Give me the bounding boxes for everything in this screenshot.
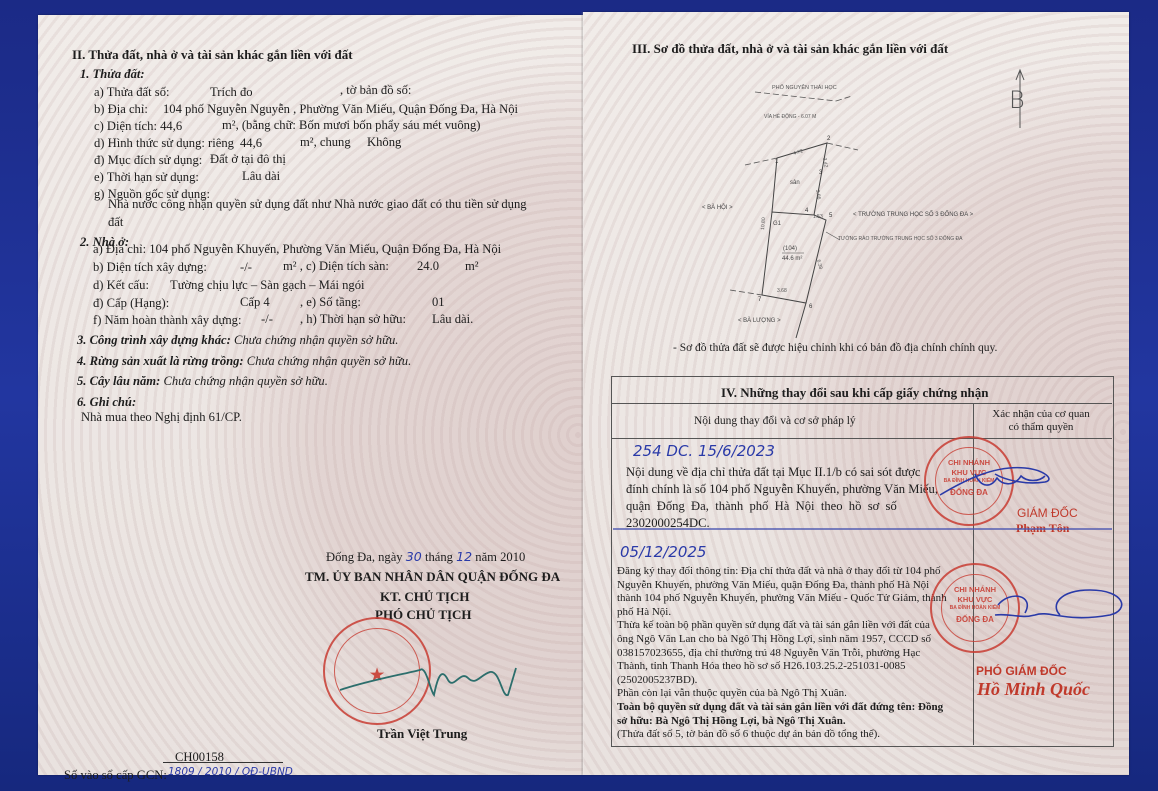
svg-text:1: 1 xyxy=(775,159,779,165)
land-heading: 1. Thửa đất: xyxy=(80,68,145,81)
svg-text:1.53: 1.53 xyxy=(813,214,823,220)
svg-text:6: 6 xyxy=(809,304,813,310)
land-c-unit: m², (bằng chữ: Bốn mươi bốn phẩy sáu mét… xyxy=(222,119,480,132)
svg-text:< BÀ LƯỢNG >: < BÀ LƯỢNG > xyxy=(738,317,781,324)
signature-entry-2 xyxy=(990,585,1130,635)
registry-decision: 1809 / 2010 / QĐ-UBND xyxy=(168,767,293,778)
svg-text:3.42: 3.42 xyxy=(821,157,829,168)
house-c-unit: m² xyxy=(465,260,479,273)
page-fold xyxy=(581,12,584,775)
entry-2-role: PHÓ GIÁM ĐỐC xyxy=(976,665,1067,677)
svg-text:(104): (104) xyxy=(783,246,797,252)
north-label: B xyxy=(1009,86,1025,114)
registry-divider xyxy=(163,762,283,763)
registry-label: Số vào sổ cấp GCN: xyxy=(64,769,167,782)
land-e-label: e) Thời hạn sử dụng: xyxy=(94,171,199,184)
svg-text:4.72: 4.72 xyxy=(793,148,804,157)
signature-entry-1 xyxy=(935,460,1085,500)
land-g-value-1: Nhà nước công nhận quyền sử dụng đất như… xyxy=(108,198,527,211)
land-a-label: a) Thửa đất số: xyxy=(94,86,170,99)
changes-col2-header: Xác nhận của cơ quan có thẩm quyền xyxy=(982,409,1100,433)
house-f-value: -/- xyxy=(261,313,273,326)
svg-text:3.66: 3.66 xyxy=(814,189,822,200)
entry-1-handwritten: 254 DC. 15/6/2023 xyxy=(633,442,775,460)
signature-trung xyxy=(330,650,520,710)
svg-text:3.68: 3.68 xyxy=(777,288,787,294)
entry-2-handwritten: 05/12/2025 xyxy=(620,543,706,561)
house-h-label: , h) Thời hạn sở hữu: xyxy=(300,313,406,326)
svg-text:< BÀ HỘI >: < BÀ HỘI > xyxy=(702,204,733,211)
house-f-label: f) Năm hoàn thành xây dựng: xyxy=(93,314,241,327)
svg-text:PHỐ NGUYỄN THÁI HỌC: PHỐ NGUYỄN THÁI HỌC xyxy=(772,84,837,91)
svg-text:2: 2 xyxy=(827,136,831,142)
svg-text:sân: sân xyxy=(790,180,800,186)
svg-text:5: 5 xyxy=(829,213,833,219)
entry-2-signer: Hồ Minh Quốc xyxy=(977,680,1090,698)
svg-text:10.80: 10.80 xyxy=(760,217,767,230)
land-g-value-2: đất xyxy=(108,216,123,229)
land-d-unit: m², chung xyxy=(300,136,351,149)
item-4: 4. Rừng sản xuất là rừng trồng: Chưa chứ… xyxy=(77,355,411,368)
signer-name: Trần Việt Trung xyxy=(377,727,467,740)
changes-col1-header: Nội dung thay đổi và cơ sở pháp lý xyxy=(694,416,856,428)
changes-title: IV. Những thay đổi sau khi cấp giấy chứn… xyxy=(721,386,989,399)
house-d-label: d) Kết cấu: xyxy=(93,279,149,292)
house-e-label: , e) Số tầng: xyxy=(300,296,361,309)
parcel-diagram: PHỐ NGUYỄN THÁI HỌC VỈA HÈ ĐỘNG - 6.07 M… xyxy=(690,60,1030,340)
land-d-shared: Không xyxy=(367,136,401,149)
house-b-label: b) Diện tích xây dựng: xyxy=(93,261,207,274)
svg-text:VỈA HÈ ĐỘNG - 6.07 M: VỈA HÈ ĐỘNG - 6.07 M xyxy=(764,113,816,120)
house-b-unit: m² , c) Diện tích sàn: xyxy=(283,260,389,273)
svg-text:G1: G1 xyxy=(773,221,782,227)
svg-text:< TRƯỜNG TRUNG HỌC SỐ 3 ĐỐNG Đ: < TRƯỜNG TRUNG HỌC SỐ 3 ĐỐNG ĐA > xyxy=(853,211,974,218)
signing-org: TM. ỦY BAN NHÂN DÂN QUẬN ĐỐNG ĐA xyxy=(305,570,560,583)
land-a-value: Trích đo xyxy=(210,86,253,99)
entry-2-text: Đăng ký thay đổi thông tin: Địa chỉ thửa… xyxy=(617,565,947,742)
house-c-value: 24.0 xyxy=(417,260,439,273)
house-dd-label: đ) Cấp (Hạng): xyxy=(93,297,169,310)
item-6-value: Nhà mua theo Nghị định 61/CP. xyxy=(81,411,242,424)
diagram-note: - Sơ đồ thửa đất sẽ được hiệu chỉnh khi … xyxy=(673,343,997,355)
entry-1-role: GIÁM ĐỐC xyxy=(1017,507,1078,519)
house-d-value: Tường chịu lực – Sàn gạch – Mái ngói xyxy=(170,279,365,292)
land-c-label: c) Diện tích: 44,6 xyxy=(94,120,182,133)
svg-text:6.38: 6.38 xyxy=(815,259,823,270)
svg-text:TƯỜNG RÀO TRƯỜNG TRUNG HỌC SỐ: TƯỜNG RÀO TRƯỜNG TRUNG HỌC SỐ 3 ĐỐNG ĐA xyxy=(838,235,963,242)
land-e-value: Lâu dài xyxy=(242,170,280,183)
house-h-value: Lâu dài. xyxy=(432,313,473,326)
item-5: 5. Cây lâu năm: Chưa chứng nhận quyền sở… xyxy=(77,375,328,388)
land-dd-label: đ) Mục đích sử dụng: xyxy=(94,154,202,167)
land-dd-value: Đất ở tại đô thị xyxy=(210,153,286,166)
house-b-value: -/- xyxy=(240,261,252,274)
land-b-value: 104 phố Nguyễn Nguyễn , Phường Văn Miếu,… xyxy=(163,103,518,116)
signing-role-1: KT. CHỦ TỊCH xyxy=(380,590,469,603)
house-a: a) Địa chỉ: 104 phố Nguyễn Khuyến, Phườn… xyxy=(93,243,501,256)
entry-divider xyxy=(613,528,1112,530)
land-d-private: 44,6 xyxy=(240,137,262,150)
section-iii-title: III. Sơ đồ thửa đất, nhà ở và tài sản kh… xyxy=(632,42,948,55)
signing-date: Đống Đa, ngày 30 tháng 12 năm 2010 xyxy=(326,551,525,564)
house-dd-value: Cấp 4 xyxy=(240,296,270,309)
item-3: 3. Công trình xây dựng khác: Chưa chứng … xyxy=(77,334,398,347)
entry-1-text: Nội dung về địa chỉ thửa đất tại Mục II.… xyxy=(626,464,966,532)
land-d-label: d) Hình thức sử dụng: riêng xyxy=(94,137,234,150)
section-ii-title: II. Thửa đất, nhà ở và tài sản khác gắn … xyxy=(72,48,353,61)
house-e-value: 01 xyxy=(432,296,445,309)
item-6-label: 6. Ghi chú: xyxy=(77,396,136,409)
land-b-label: b) Địa chỉ: xyxy=(94,103,148,116)
land-map-label: , tờ bản đồ số: xyxy=(340,84,411,97)
svg-text:7: 7 xyxy=(758,297,762,303)
svg-text:4: 4 xyxy=(805,208,809,214)
svg-text:44.6 m²: 44.6 m² xyxy=(782,256,802,262)
